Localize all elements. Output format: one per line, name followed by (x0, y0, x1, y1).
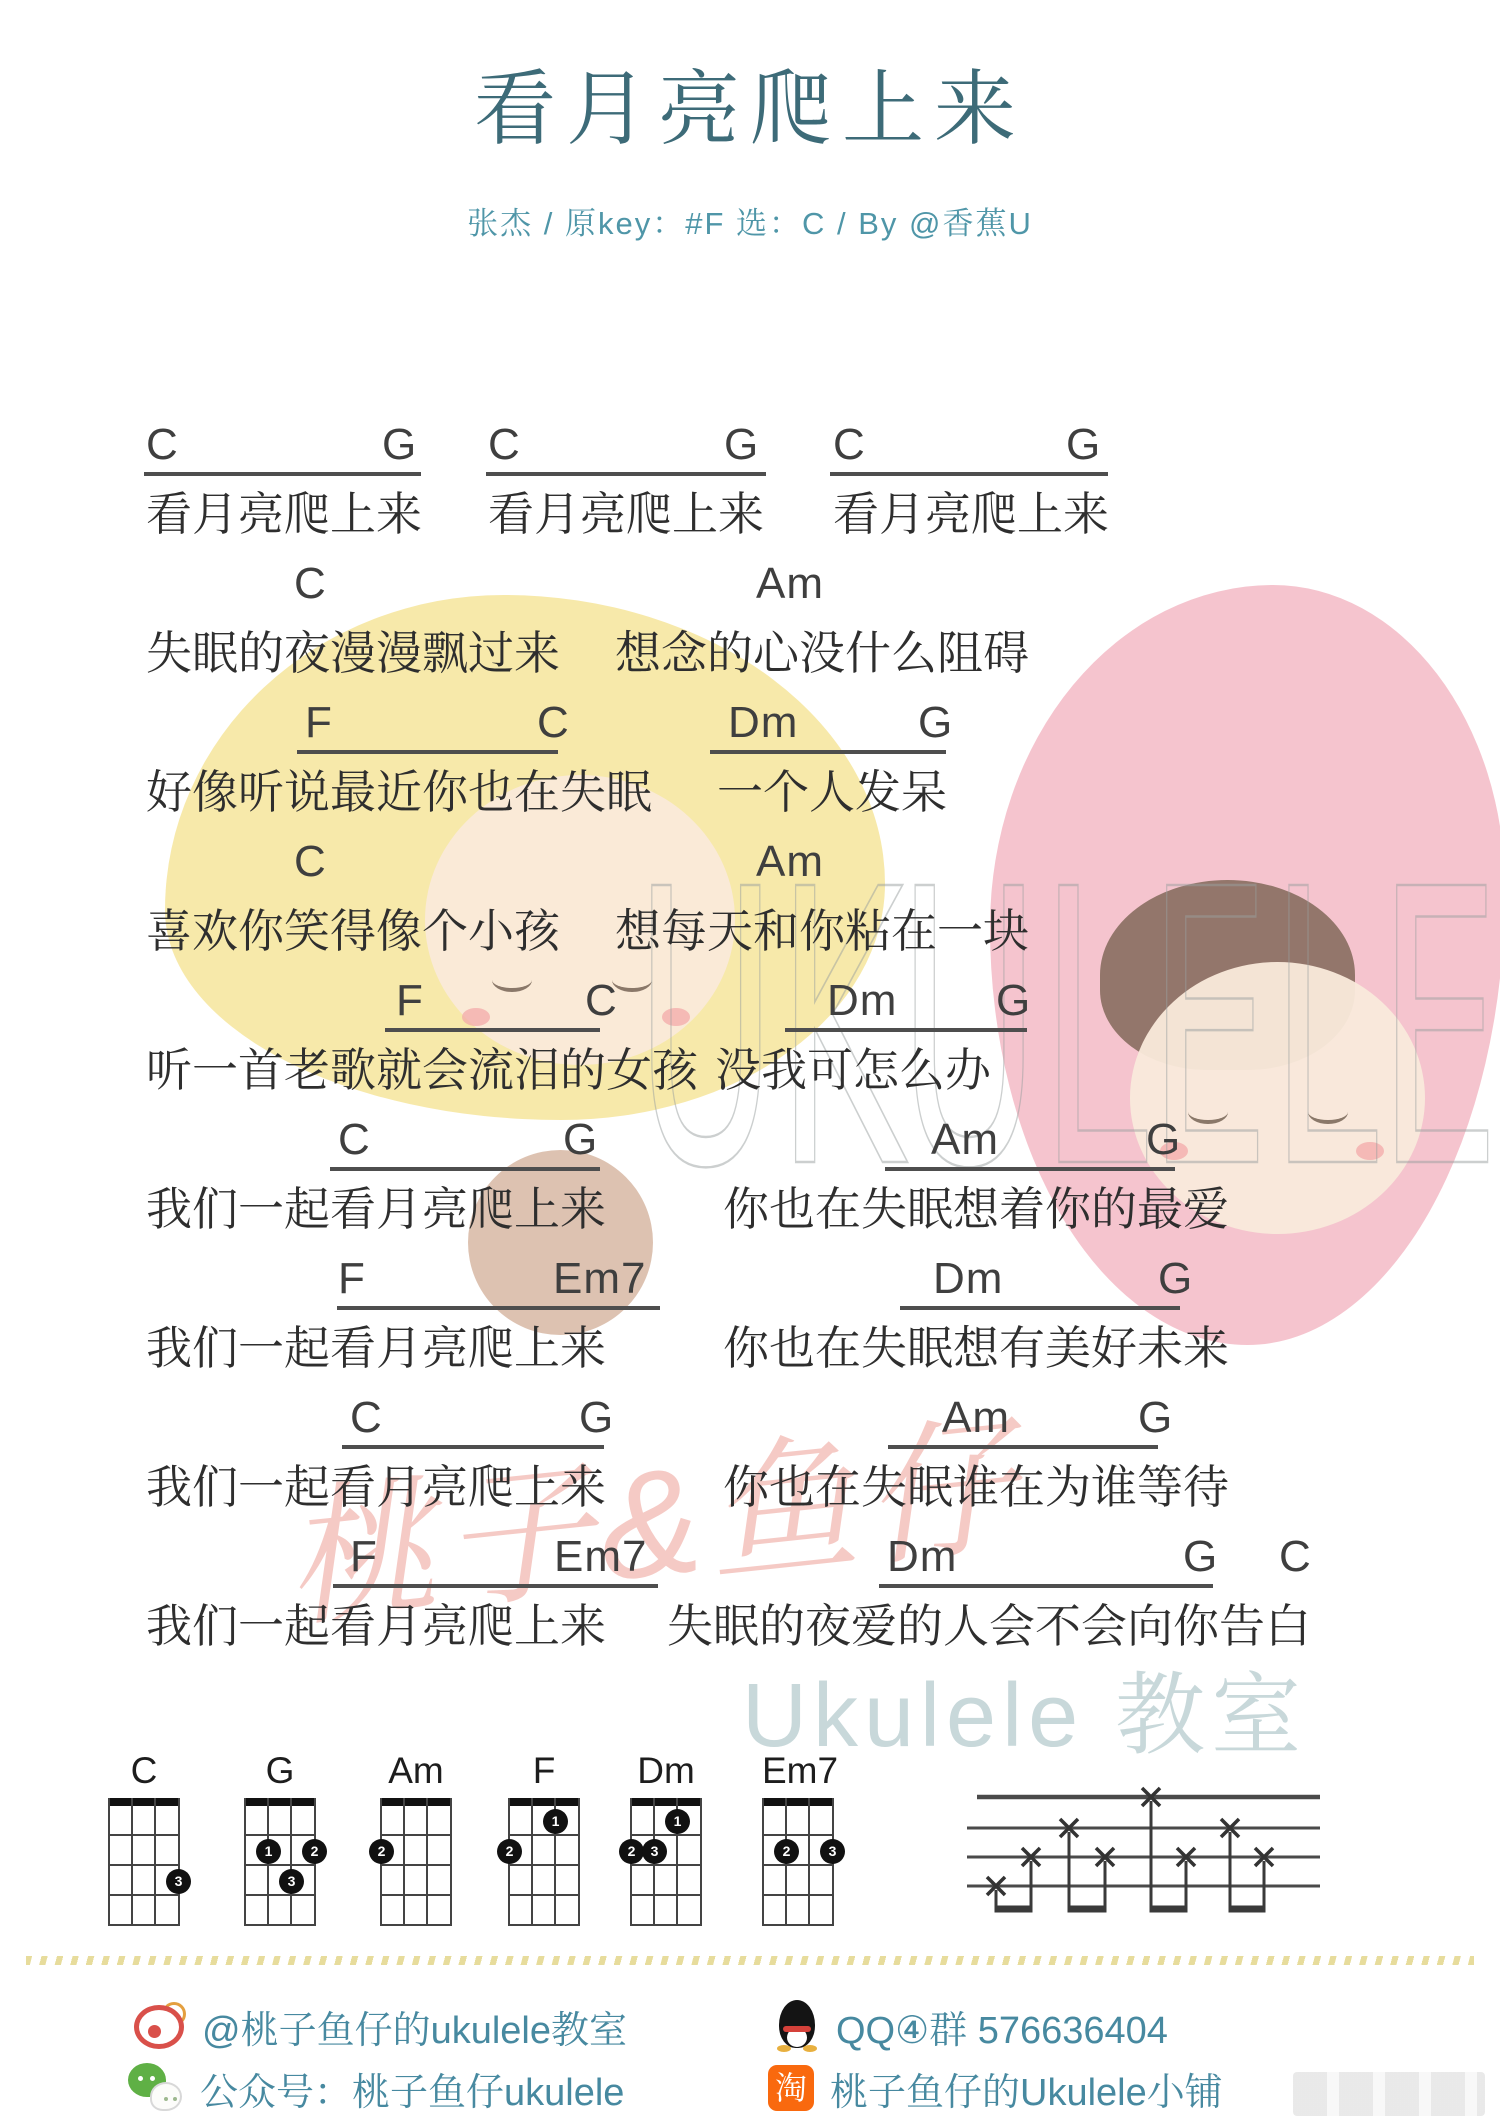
chord-row: CGAmG (0, 1115, 1500, 1169)
weibo-handle: @桃子鱼仔的ukulele教室 (202, 1999, 627, 2054)
fretboard-grid: 2 (380, 1798, 452, 1926)
chord-diagram-label: Em7 (762, 1750, 834, 1794)
weibo-icon (134, 2002, 186, 2050)
lyric-segment: 看月亮爬上来 (833, 478, 1109, 544)
chord-label: G (996, 976, 1031, 1026)
chord-label: G (1138, 1393, 1173, 1443)
chord-label: G (918, 698, 953, 748)
taobao-icon: 淘 (768, 2065, 814, 2111)
strum-pattern-tab (967, 1788, 1320, 1909)
lyric-segment: 你也在失眠想有美好未来 (723, 1312, 1229, 1378)
qq-group-number: QQ④群 576636404 (836, 1999, 1168, 2054)
chord-label: Am (756, 559, 824, 609)
chord-label: G (1183, 1532, 1218, 1582)
lyric-segment: 你也在失眠想着你的最爱 (723, 1173, 1229, 1239)
lyric-row: 听一首老歌就会流泪的女孩没我可怎么办 (0, 1034, 1500, 1090)
lyric-segment: 好像听说最近你也在失眠 (146, 756, 652, 822)
chord-label: G (382, 420, 417, 470)
lyric-row: 我们一起看月亮爬上来你也在失眠想着你的最爱 (0, 1173, 1500, 1229)
finger-dot: 1 (543, 1809, 568, 1834)
qq-icon (774, 2000, 820, 2052)
chord-diagram-G: G123 (244, 1750, 324, 1926)
chord-underline (297, 750, 558, 754)
chord-underline (486, 472, 766, 476)
dashed-separator (26, 1956, 1474, 1965)
chord-label: G (724, 420, 759, 470)
chord-diagram-C: C3 (108, 1750, 188, 1926)
finger-dot: 2 (619, 1839, 644, 1864)
chord-label: C (338, 1115, 371, 1165)
lyric-segment: 想念的心没什么阻碍 (615, 617, 1029, 683)
lyric-segment: 没我可怎么办 (715, 1034, 991, 1100)
fretboard-grid: 12 (508, 1798, 580, 1926)
chord-label: F (350, 1532, 378, 1582)
footer-weibo: @桃子鱼仔的ukulele教室 (134, 2000, 627, 2052)
lyric-row: 好像听说最近你也在失眠一个人发呆 (0, 756, 1500, 812)
lyric-row: 看月亮爬上来看月亮爬上来看月亮爬上来 (0, 478, 1500, 534)
finger-dot: 2 (302, 1839, 327, 1864)
lyric-segment: 我们一起看月亮爬上来 (146, 1451, 606, 1517)
taobao-shop: 桃子鱼仔的Ukulele小铺 (830, 2061, 1223, 2116)
chord-underline (785, 1028, 1027, 1032)
footer-taobao: 淘 桃子鱼仔的Ukulele小铺 (768, 2062, 1223, 2114)
lyric-segment: 一个人发呆 (717, 756, 947, 822)
finger-dot: 2 (497, 1839, 522, 1864)
chord-diagram-Am: Am2 (380, 1750, 460, 1926)
chord-diagram-label: C (108, 1750, 180, 1794)
chord-diagram-F: F12 (508, 1750, 588, 1926)
footer-wechat: 公众号：桃子鱼仔ukulele (128, 2062, 624, 2114)
fretboard-grid: 123 (630, 1798, 702, 1926)
chord-label: Em7 (554, 1532, 647, 1582)
chord-row: CAm (0, 837, 1500, 891)
lyric-row: 失眠的夜漫漫飘过来想念的心没什么阻碍 (0, 617, 1500, 673)
footer-qq: QQ④群 576636404 (774, 2000, 1168, 2052)
chord-underline (710, 750, 946, 754)
finger-dot: 3 (642, 1839, 667, 1864)
chord-label: C (1279, 1532, 1312, 1582)
chord-diagram-label: Dm (630, 1750, 702, 1794)
fretboard-grid: 23 (762, 1798, 834, 1926)
fretboard-grid: 3 (108, 1798, 180, 1926)
chord-label: Dm (933, 1254, 1003, 1304)
lyric-segment: 我们一起看月亮爬上来 (146, 1173, 606, 1239)
lyric-segment: 想每天和你粘在一块 (615, 895, 1029, 961)
chord-row: CGCGCG (0, 420, 1500, 474)
chord-diagram-Dm: Dm123 (630, 1750, 710, 1926)
chord-label: F (338, 1254, 366, 1304)
chord-label: C (294, 837, 327, 887)
chord-underline (330, 1167, 600, 1171)
finger-dot: 3 (820, 1839, 845, 1864)
chord-diagram-label: G (244, 1750, 316, 1794)
lyric-segment: 失眠的夜漫漫飘过来 (146, 617, 560, 683)
chord-label: C (537, 698, 570, 748)
chord-label: Am (942, 1393, 1010, 1443)
chord-underline (830, 472, 1108, 476)
chord-underline (342, 1445, 604, 1449)
chord-label: Em7 (553, 1254, 646, 1304)
finger-dot: 1 (256, 1839, 281, 1864)
chord-underline (385, 1028, 600, 1032)
chord-diagram-label: Am (380, 1750, 452, 1794)
chord-diagram-Em7: Em723 (762, 1750, 842, 1926)
chord-label: F (305, 698, 333, 748)
chord-row: FEm7DmGC (0, 1532, 1500, 1586)
chord-row: FCDmG (0, 698, 1500, 752)
chord-label: Dm (827, 976, 897, 1026)
lyric-segment: 失眠的夜爱的人会不会向你告白 (667, 1590, 1311, 1656)
lyric-segment: 我们一起看月亮爬上来 (146, 1312, 606, 1378)
chord-label: C (350, 1393, 383, 1443)
chord-row: CAm (0, 559, 1500, 613)
illegible-watermark (1293, 2072, 1485, 2116)
chord-underline (888, 1445, 1158, 1449)
finger-dot: 2 (774, 1839, 799, 1864)
chord-label: C (294, 559, 327, 609)
lyric-row: 喜欢你笑得像个小孩想每天和你粘在一块 (0, 895, 1500, 951)
page-title: 看月亮爬上来 (0, 44, 1500, 161)
lyric-segment: 看月亮爬上来 (488, 478, 764, 544)
chord-sheet-page: 桃子&鱼仔 Ukulele 教室 UKULELE 看月亮爬上来 张杰 / 原ke… (0, 0, 1500, 2123)
lyric-segment: 喜欢你笑得像个小孩 (146, 895, 560, 961)
chord-label: Am (931, 1115, 999, 1165)
chord-label: C (833, 420, 866, 470)
lyric-row: 我们一起看月亮爬上来你也在失眠谁在为谁等待 (0, 1451, 1500, 1507)
lyric-segment: 你也在失眠谁在为谁等待 (723, 1451, 1229, 1517)
chord-row: CGAmG (0, 1393, 1500, 1447)
lyric-segment: 听一首老歌就会流泪的女孩 (146, 1034, 698, 1100)
chord-row: FEm7DmG (0, 1254, 1500, 1308)
finger-dot: 3 (166, 1869, 191, 1894)
wechat-icon (128, 2063, 184, 2113)
chord-label: G (579, 1393, 614, 1443)
chord-underline (879, 1584, 1213, 1588)
chord-label: C (488, 420, 521, 470)
chord-label: F (396, 976, 424, 1026)
lyric-row: 我们一起看月亮爬上来你也在失眠想有美好未来 (0, 1312, 1500, 1368)
lyric-segment: 我们一起看月亮爬上来 (146, 1590, 606, 1656)
fretboard-grid: 123 (244, 1798, 316, 1926)
chord-underline (333, 1584, 658, 1588)
chord-label: G (1066, 420, 1101, 470)
lyric-segment: 看月亮爬上来 (146, 478, 422, 544)
chord-label: Dm (887, 1532, 957, 1582)
song-meta: 张杰 / 原key：#F 选：C / By @香蕉U (0, 198, 1500, 243)
chord-label: C (585, 976, 618, 1026)
chord-label: G (1146, 1115, 1181, 1165)
chord-label: C (146, 420, 179, 470)
wechat-account: 公众号：桃子鱼仔ukulele (200, 2061, 624, 2116)
chord-row: FCDmG (0, 976, 1500, 1030)
finger-dot: 3 (279, 1869, 304, 1894)
finger-dot: 2 (369, 1839, 394, 1864)
chord-label: G (563, 1115, 598, 1165)
chord-label: G (1158, 1254, 1193, 1304)
finger-dot: 1 (665, 1809, 690, 1834)
chord-diagram-label: F (508, 1750, 580, 1794)
chord-underline (900, 1306, 1180, 1310)
chord-underline (144, 472, 421, 476)
chord-label: Am (756, 837, 824, 887)
lyric-row: 我们一起看月亮爬上来失眠的夜爱的人会不会向你告白 (0, 1590, 1500, 1646)
chord-label: Dm (728, 698, 798, 748)
chord-underline (885, 1167, 1175, 1171)
chord-underline (337, 1306, 660, 1310)
